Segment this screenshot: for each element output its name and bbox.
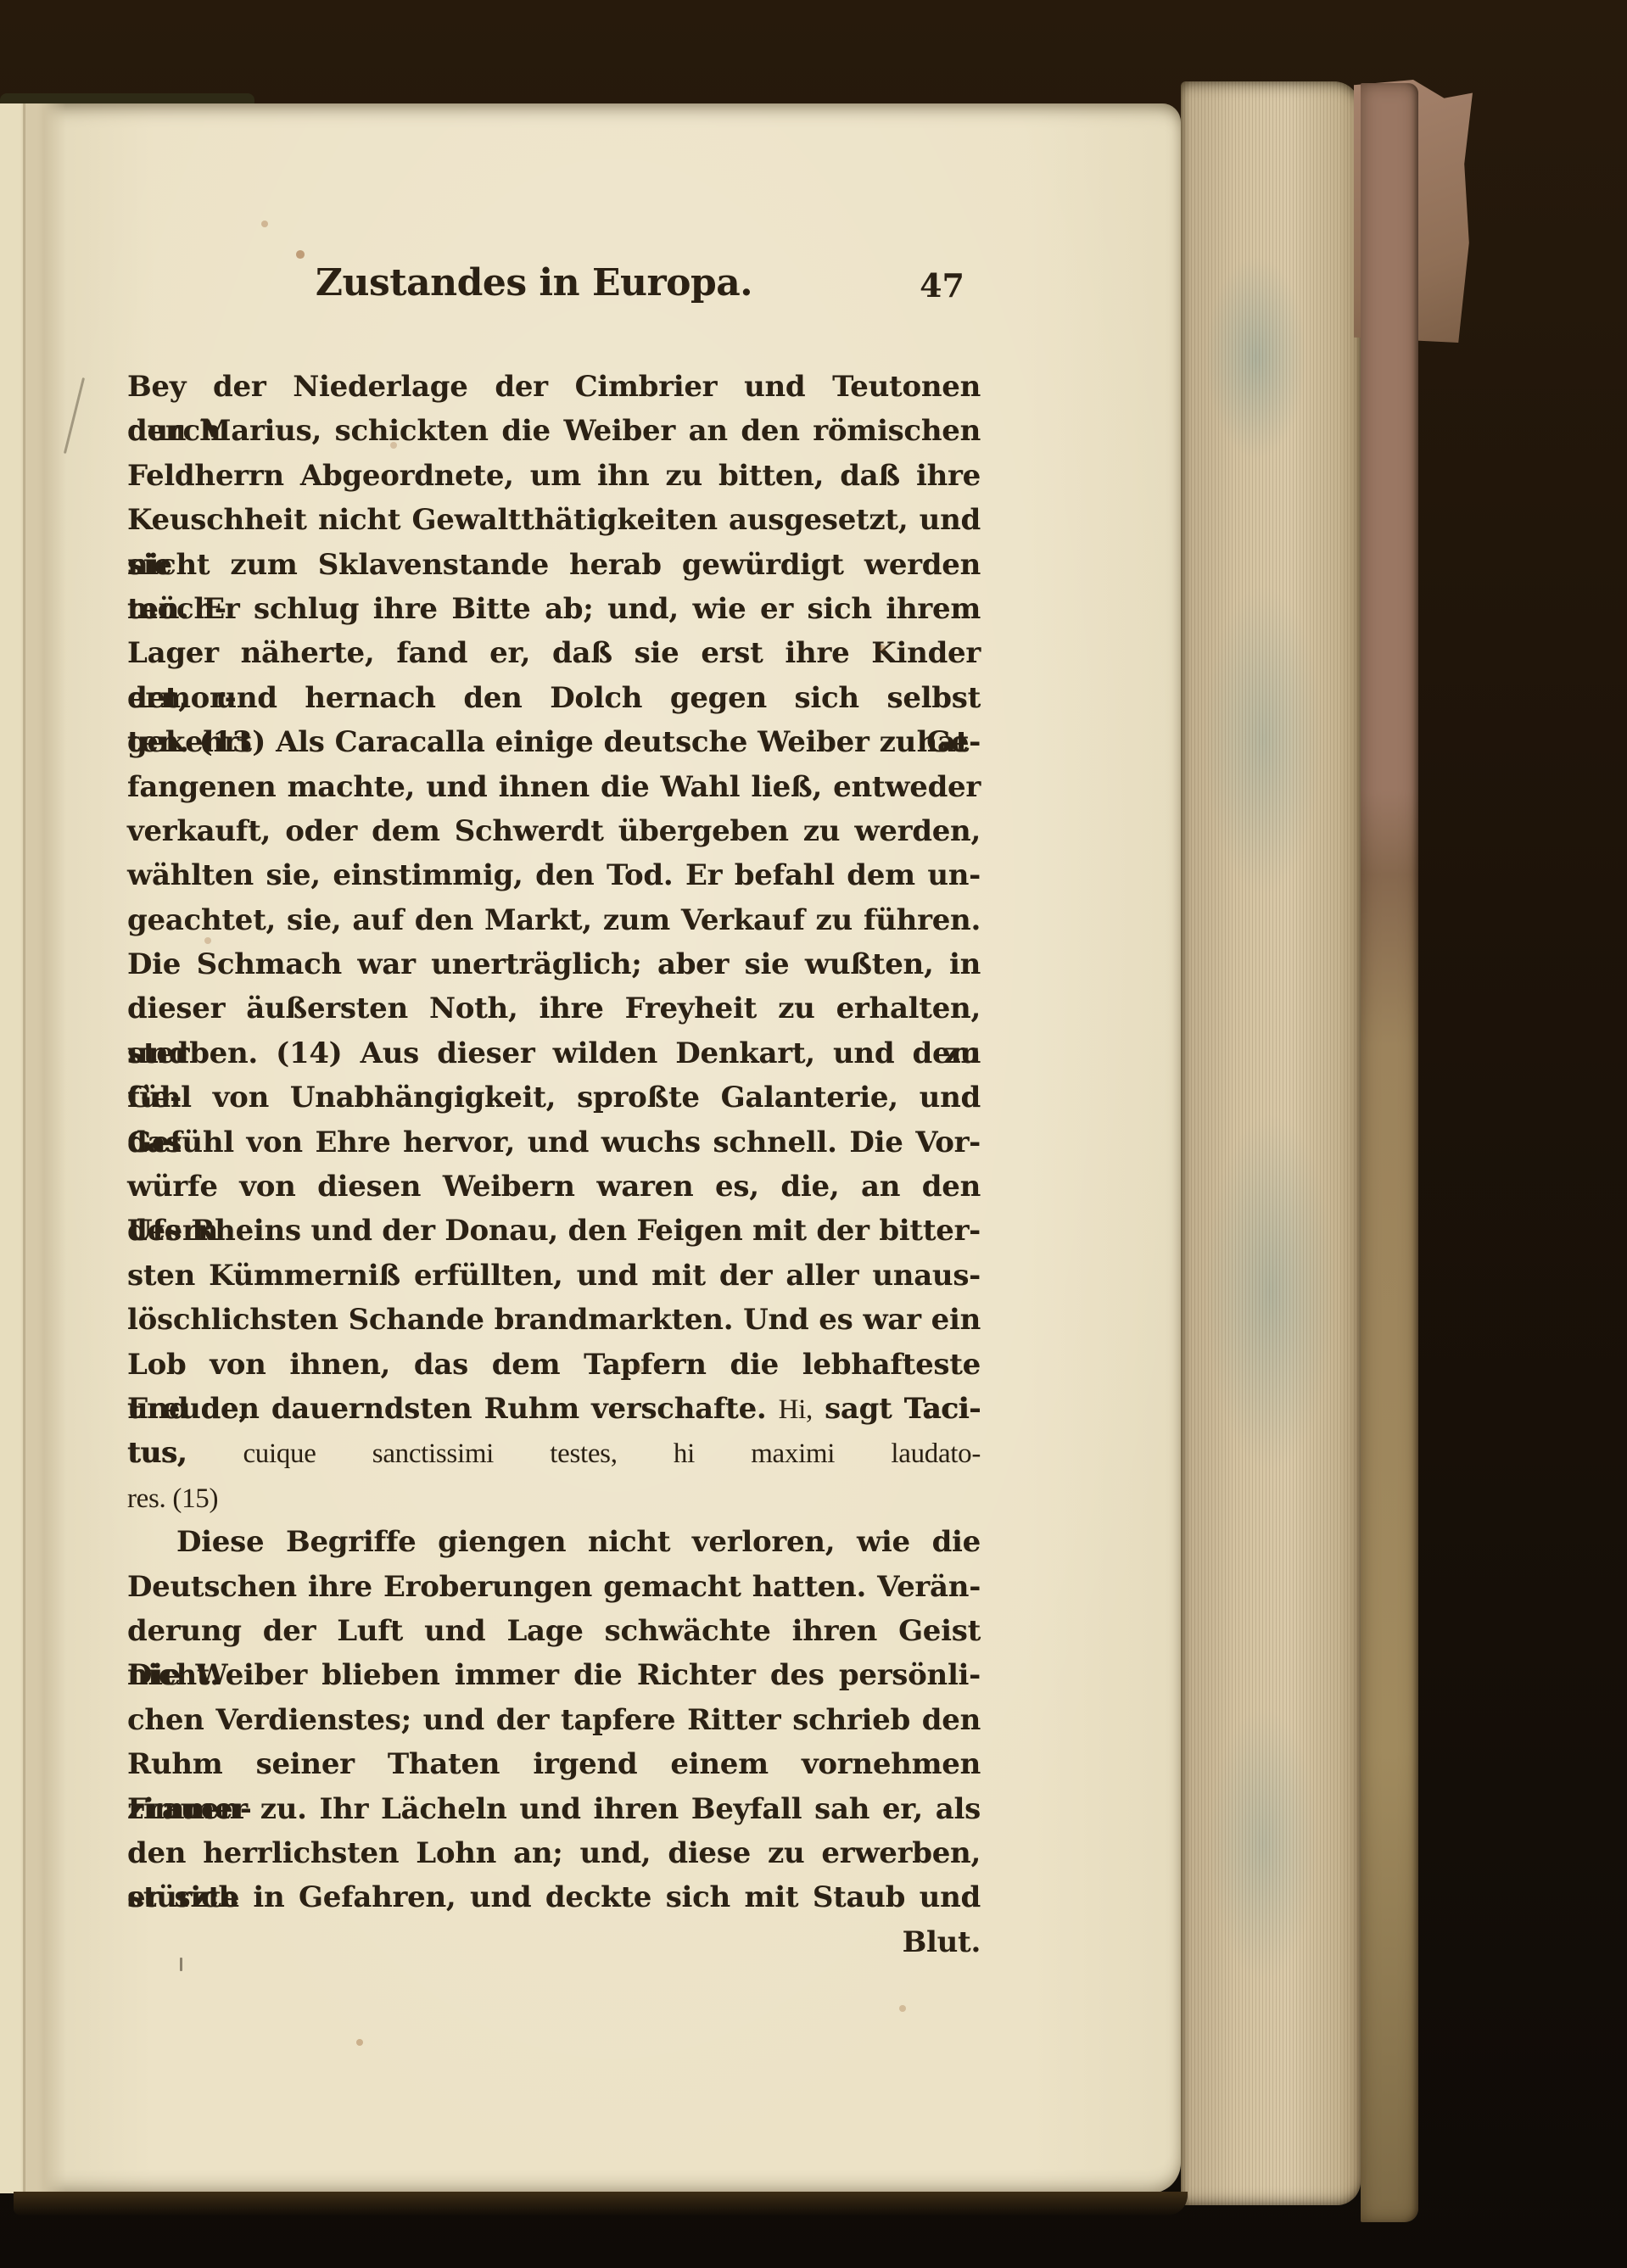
fraktur-text-segment: Die Schmach war unerträglich; aber sie w… — [127, 947, 981, 981]
text-line: und den dauerndsten Ruhm verschafte. Hi,… — [127, 1387, 981, 1431]
fraktur-text-segment: chen Verdienstes; und der tapfere Ritter… — [127, 1703, 981, 1737]
page-header: Zustandes in Europa. 47 — [127, 261, 980, 316]
text-line: Deutschen ihre Eroberungen gemacht hatte… — [127, 1565, 981, 1609]
text-line: res. (15) — [127, 1476, 981, 1520]
fraktur-text-segment: Die Weiber blieben immer die Richter des… — [127, 1658, 981, 1692]
fraktur-text-segment: den Marius, schickten die Weiber an den … — [127, 414, 981, 448]
fraktur-text-segment: ten. (13) Als Caracalla einige deutsche … — [127, 725, 981, 759]
fraktur-text-segment: fangenen machte, und ihnen die Wahl ließ… — [127, 770, 981, 804]
fraktur-text-segment: Diese Begriffe giengen nicht verloren, w… — [176, 1525, 981, 1559]
text-line: würfe von diesen Weibern waren es, die, … — [127, 1165, 981, 1209]
page-number: 47 — [920, 266, 964, 304]
fraktur-text-segment: Blut. — [903, 1925, 981, 1959]
text-line: löschlichsten Schande brandmarkten. Und … — [127, 1298, 981, 1342]
text-line: er sich in Gefahren, und deckte sich mit… — [127, 1875, 981, 1919]
fraktur-text-segment: tus, — [127, 1436, 187, 1470]
fraktur-text-segment: ten. Er schlug ihre Bitte ab; und, wie e… — [127, 592, 981, 626]
text-line: sterben. (14) Aus dieser wilden Denkart,… — [127, 1031, 981, 1075]
gutter-crease-line — [23, 103, 25, 2193]
text-line: Keuschheit nicht Gewaltthätigkeiten ausg… — [127, 498, 981, 542]
text-line: fühl von Unabhängigkeit, sproßte Galante… — [127, 1075, 981, 1120]
fraktur-text-segment: Taci- — [904, 1392, 981, 1426]
text-line: wählten sie, einstimmig, den Tod. Er bef… — [127, 853, 981, 897]
fraktur-text-segment: verkauft, oder dem Schwerdt übergeben zu… — [127, 814, 981, 848]
text-line: tus, cuique sanctissimi testes, hi maxim… — [127, 1431, 981, 1475]
text-line: geachtet, sie, auf den Markt, zum Verkau… — [127, 898, 981, 942]
text-line: Lager näherte, fand er, daß sie erst ihr… — [127, 631, 981, 675]
text-line: Bey der Niederlage der Cimbrier und Teut… — [127, 365, 981, 409]
text-line: des Rheins und der Donau, den Feigen mit… — [127, 1209, 981, 1253]
catchword: Blut. — [127, 1920, 981, 1964]
text-line: ten. Er schlug ihre Bitte ab; und, wie e… — [127, 587, 981, 631]
fraktur-text-segment: zimmer zu. Ihr Lächeln und ihren Beyfall… — [127, 1792, 981, 1826]
book-fore-edge-pages — [1181, 81, 1361, 2205]
text-line: fangenen machte, und ihnen die Wahl ließ… — [127, 765, 981, 809]
running-title: Zustandes in Europa. — [127, 261, 980, 304]
text-line: den herrlichsten Lohn an; und, diese zu … — [127, 1831, 981, 1875]
book-cover-edge — [1361, 83, 1418, 2222]
text-line: Gefühl von Ehre hervor, und wuchs schnel… — [127, 1120, 981, 1165]
text-line: derung der Luft und Lage schwächte ihren… — [127, 1609, 981, 1653]
text-line: Ruhm seiner Thaten irgend einem vornehme… — [127, 1742, 981, 1786]
foxing-specks — [0, 0, 3, 3]
latin-text-segment: cuique sanctissimi testes, hi maximi lau… — [187, 1438, 981, 1469]
text-line: den Marius, schickten die Weiber an den … — [127, 409, 981, 453]
page-gutter-fold — [0, 103, 66, 2193]
latin-text-segment: res. (15) — [127, 1483, 218, 1514]
body-text-block: Bey der Niederlage der Cimbrier und Teut… — [127, 365, 981, 1964]
fraktur-text-segment: löschlichsten Schande brandmarkten. Und … — [127, 1303, 981, 1337]
text-line: nicht zum Sklavenstande herab gewürdigt … — [127, 543, 981, 587]
text-line: Die Weiber blieben immer die Richter des… — [127, 1653, 981, 1697]
text-line: verkauft, oder dem Schwerdt übergeben zu… — [127, 809, 981, 853]
fraktur-text-segment: sagt — [813, 1392, 904, 1426]
latin-text-segment: Hi, — [779, 1394, 813, 1425]
text-line: ten. (13) Als Caracalla einige deutsche … — [127, 720, 981, 764]
text-line: det, und hernach den Dolch gegen sich se… — [127, 676, 981, 720]
fraktur-text-segment: des Rheins und der Donau, den Feigen mit… — [127, 1214, 981, 1248]
text-line: Feldherrn Abgeordnete, um ihn zu bitten,… — [127, 454, 981, 498]
text-line: zimmer zu. Ihr Lächeln und ihren Beyfall… — [127, 1787, 981, 1831]
text-line: Diese Begriffe giengen nicht verloren, w… — [127, 1520, 981, 1564]
page-bottom-shadow — [14, 2192, 1188, 2215]
fraktur-text-segment: geachtet, sie, auf den Markt, zum Verkau… — [127, 903, 981, 937]
fraktur-text-segment: sten Kümmerniß erfüllten, und mit der al… — [127, 1259, 981, 1293]
book-scan-photo: Zustandes in Europa. 47 Bey der Niederla… — [0, 0, 1627, 2268]
text-line: Die Schmach war unerträglich; aber sie w… — [127, 942, 981, 986]
fraktur-text-segment: Deutschen ihre Eroberungen gemacht hatte… — [127, 1570, 981, 1604]
text-line: dieser äußersten Noth, ihre Freyheit zu … — [127, 986, 981, 1031]
fraktur-text-segment: und den dauerndsten Ruhm verschafte. — [127, 1392, 779, 1426]
fraktur-text-segment: wählten sie, einstimmig, den Tod. Er bef… — [127, 858, 981, 892]
fraktur-text-segment: er sich in Gefahren, und deckte sich mit… — [127, 1880, 981, 1914]
margin-mark — [180, 1958, 182, 1971]
fraktur-text-segment: Feldherrn Abgeordnete, um ihn zu bitten,… — [127, 459, 981, 493]
text-line: Lob von ihnen, das dem Tapfern die lebha… — [127, 1343, 981, 1387]
text-line: chen Verdienstes; und der tapfere Ritter… — [127, 1698, 981, 1742]
fraktur-text-segment: Gefühl von Ehre hervor, und wuchs schnel… — [127, 1126, 981, 1159]
text-line: sten Kümmerniß erfüllten, und mit der al… — [127, 1254, 981, 1298]
